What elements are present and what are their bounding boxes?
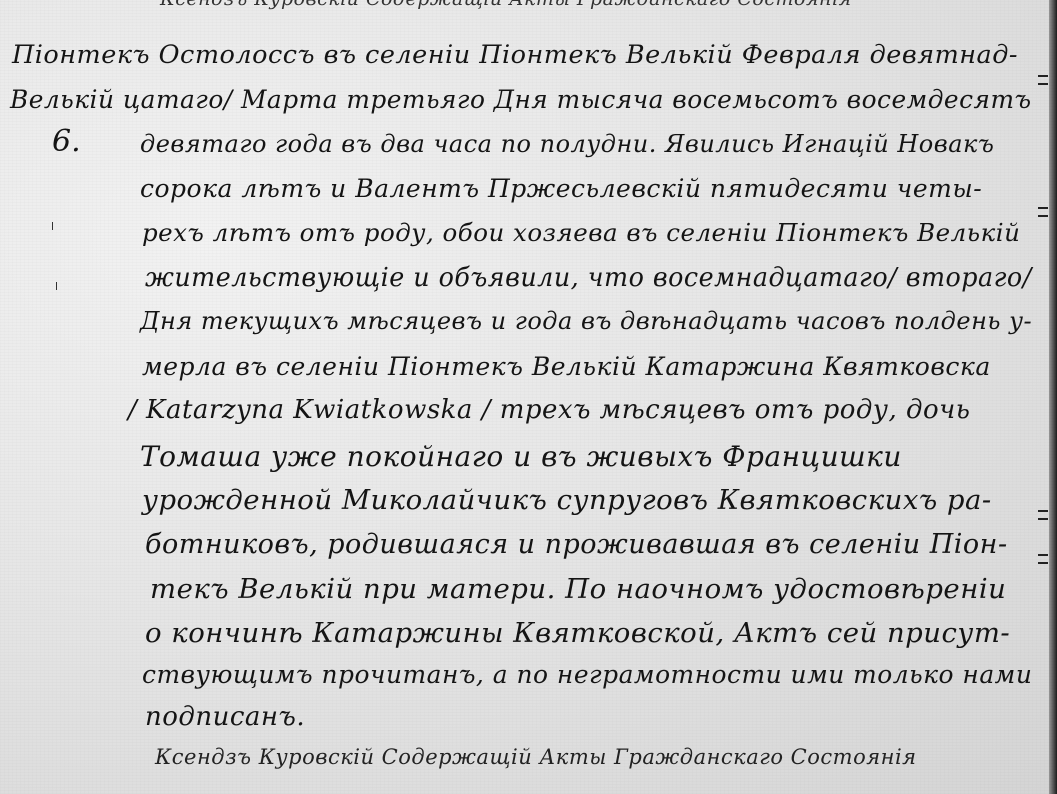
record-line-6: жительствующіе и объявили, что восемнадц… <box>145 263 1032 293</box>
line-continuation-mark <box>1038 554 1048 564</box>
record-line-16: подписанъ. <box>145 702 305 732</box>
record-line-1: Піонтекъ Остолоссъ въ селеніи Піонтекъ В… <box>12 40 1018 70</box>
margin-mark <box>52 222 53 230</box>
record-line-11: урожденной Миколайчикъ супруговъ Квятков… <box>142 484 992 516</box>
line-continuation-mark <box>1038 75 1048 85</box>
record-line-10: Томаша уже покойнаго и въ живыхъ Франциш… <box>140 440 902 473</box>
page-edge <box>1049 0 1057 794</box>
record-line-7: Дня текущихъ мѣсяцевъ и года въ двѣнадца… <box>140 307 1032 335</box>
line-continuation-mark <box>1038 207 1048 217</box>
record-line-3: девятаго года въ два часа по полудни. Яв… <box>140 130 994 158</box>
record-number: 6. <box>52 124 81 159</box>
record-line-9: / Katarzyna Kwiatkowska / трехъ мѣсяцевъ… <box>128 395 970 425</box>
record-line-5: рехъ лѣтъ отъ роду, обои хозяева въ селе… <box>142 218 1020 247</box>
record-line-12: ботниковъ, родившаяся и проживавшая въ с… <box>145 529 1008 560</box>
record-line-14: о кончинѣ Катаржины Квятковской, Актъ се… <box>145 617 1010 649</box>
margin-mark <box>56 282 57 290</box>
signature: Ксендзъ Куровскій Содержащій Акты Гражда… <box>155 745 917 769</box>
document-page: Ксендзъ Куровскій Содержащій Акты Гражда… <box>0 0 1057 794</box>
line-continuation-mark <box>1038 510 1048 520</box>
header-line: Ксендзъ Куровскій Содержащій Акты Гражда… <box>160 0 852 10</box>
record-line-4: сорока лѣтъ и Валентъ Пржесьлевскій пяти… <box>140 174 982 203</box>
record-line-15: ствующимъ прочитанъ, а по неграмотности … <box>142 660 1032 690</box>
record-line-13: текъ Велькій при матери. По наочномъ удо… <box>150 573 1006 605</box>
record-line-8: мерла въ селеніи Піонтекъ Велькій Катарж… <box>142 352 991 381</box>
record-line-2: Велькій цатаго/ Марта третьяго Дня тысяч… <box>10 85 1032 115</box>
